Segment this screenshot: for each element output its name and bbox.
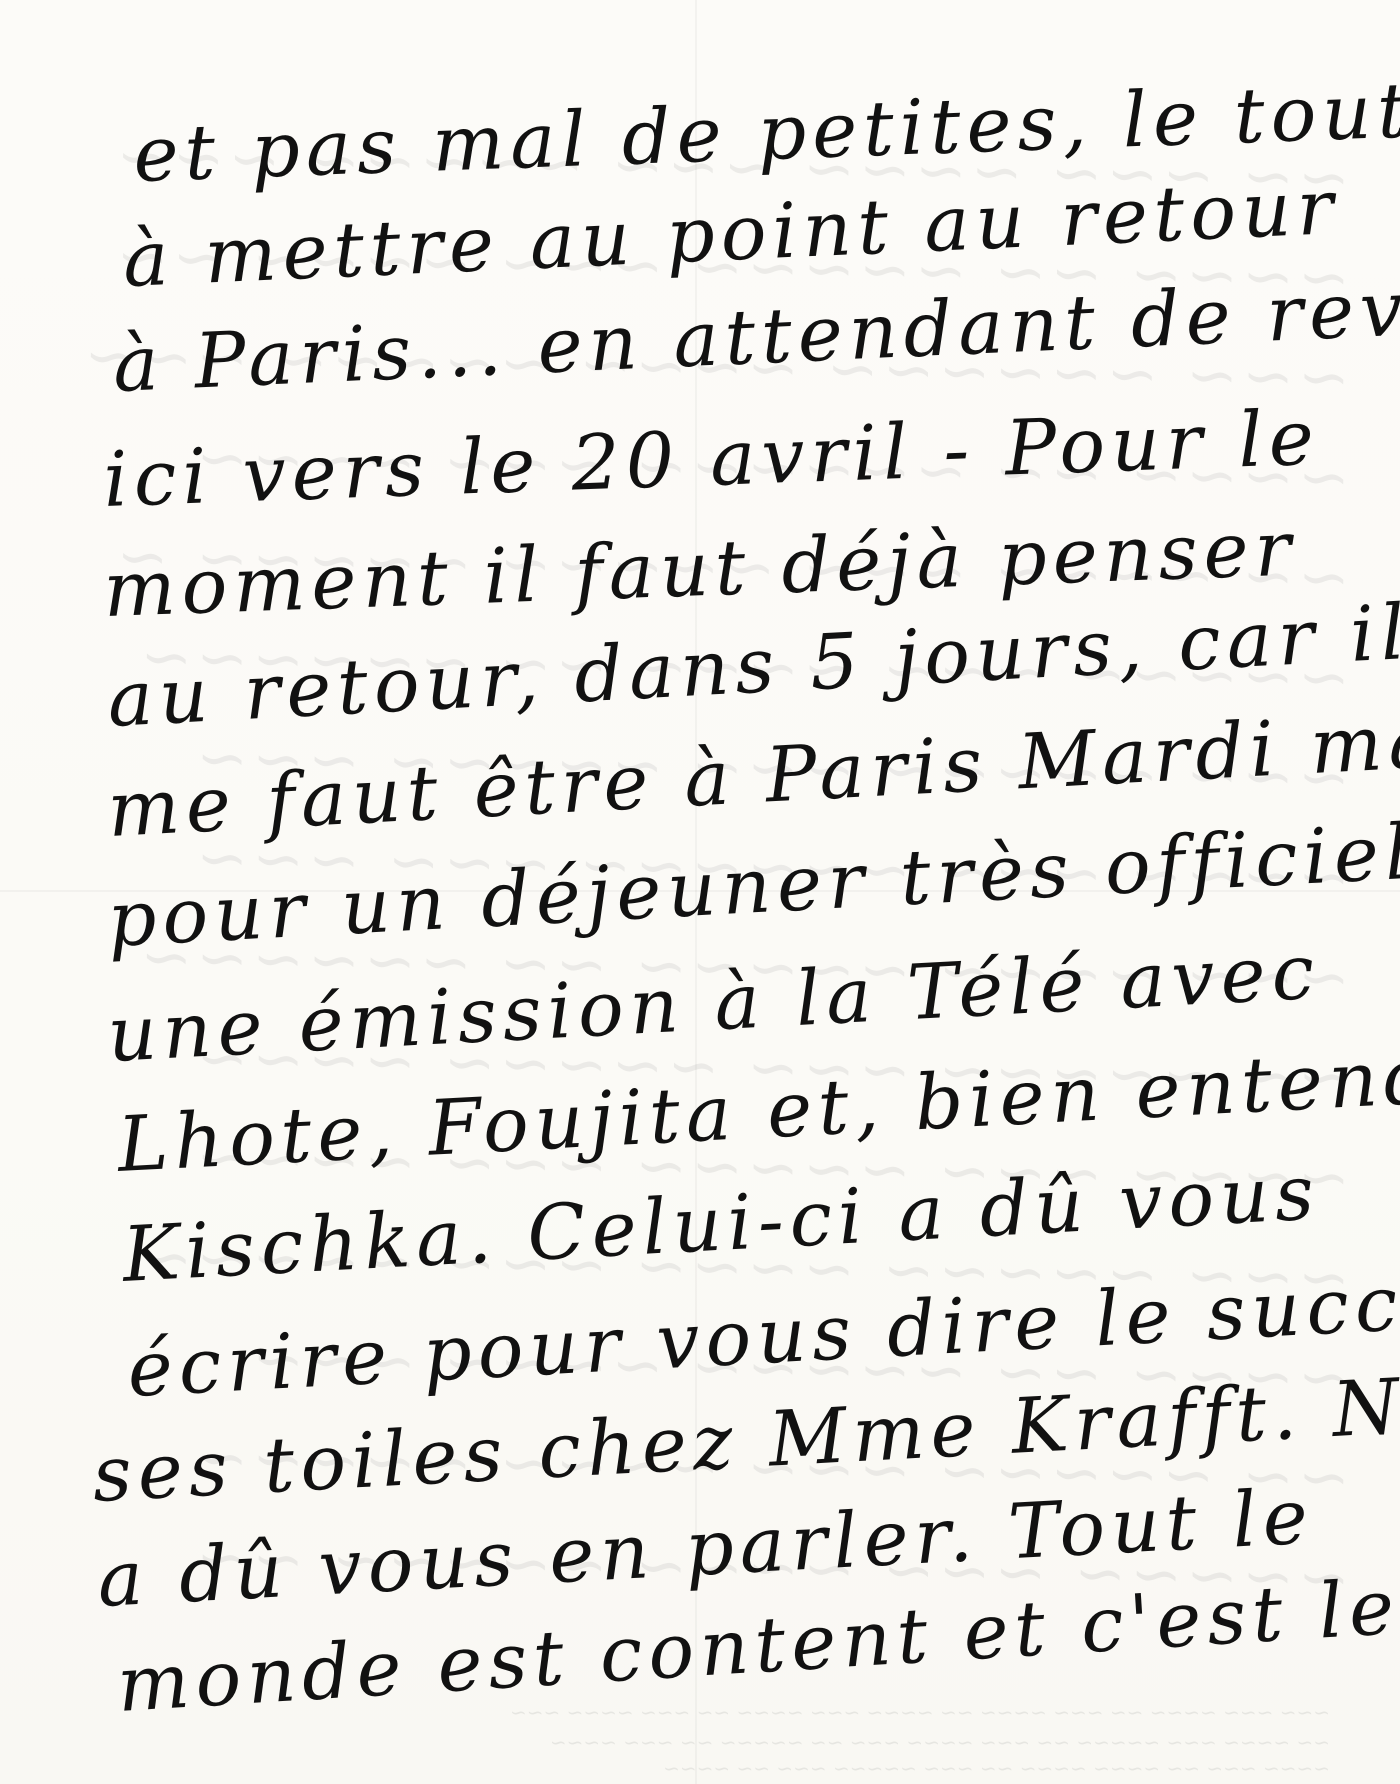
letter-page: ~~ ~~~ ~~~~ ~~~ ~~~~~ ~~~ ~~~~ ~~ ~~~~~ …: [0, 0, 1400, 1784]
letter-line-4: ici vers le 20 avril - Pour le: [102, 393, 1321, 524]
